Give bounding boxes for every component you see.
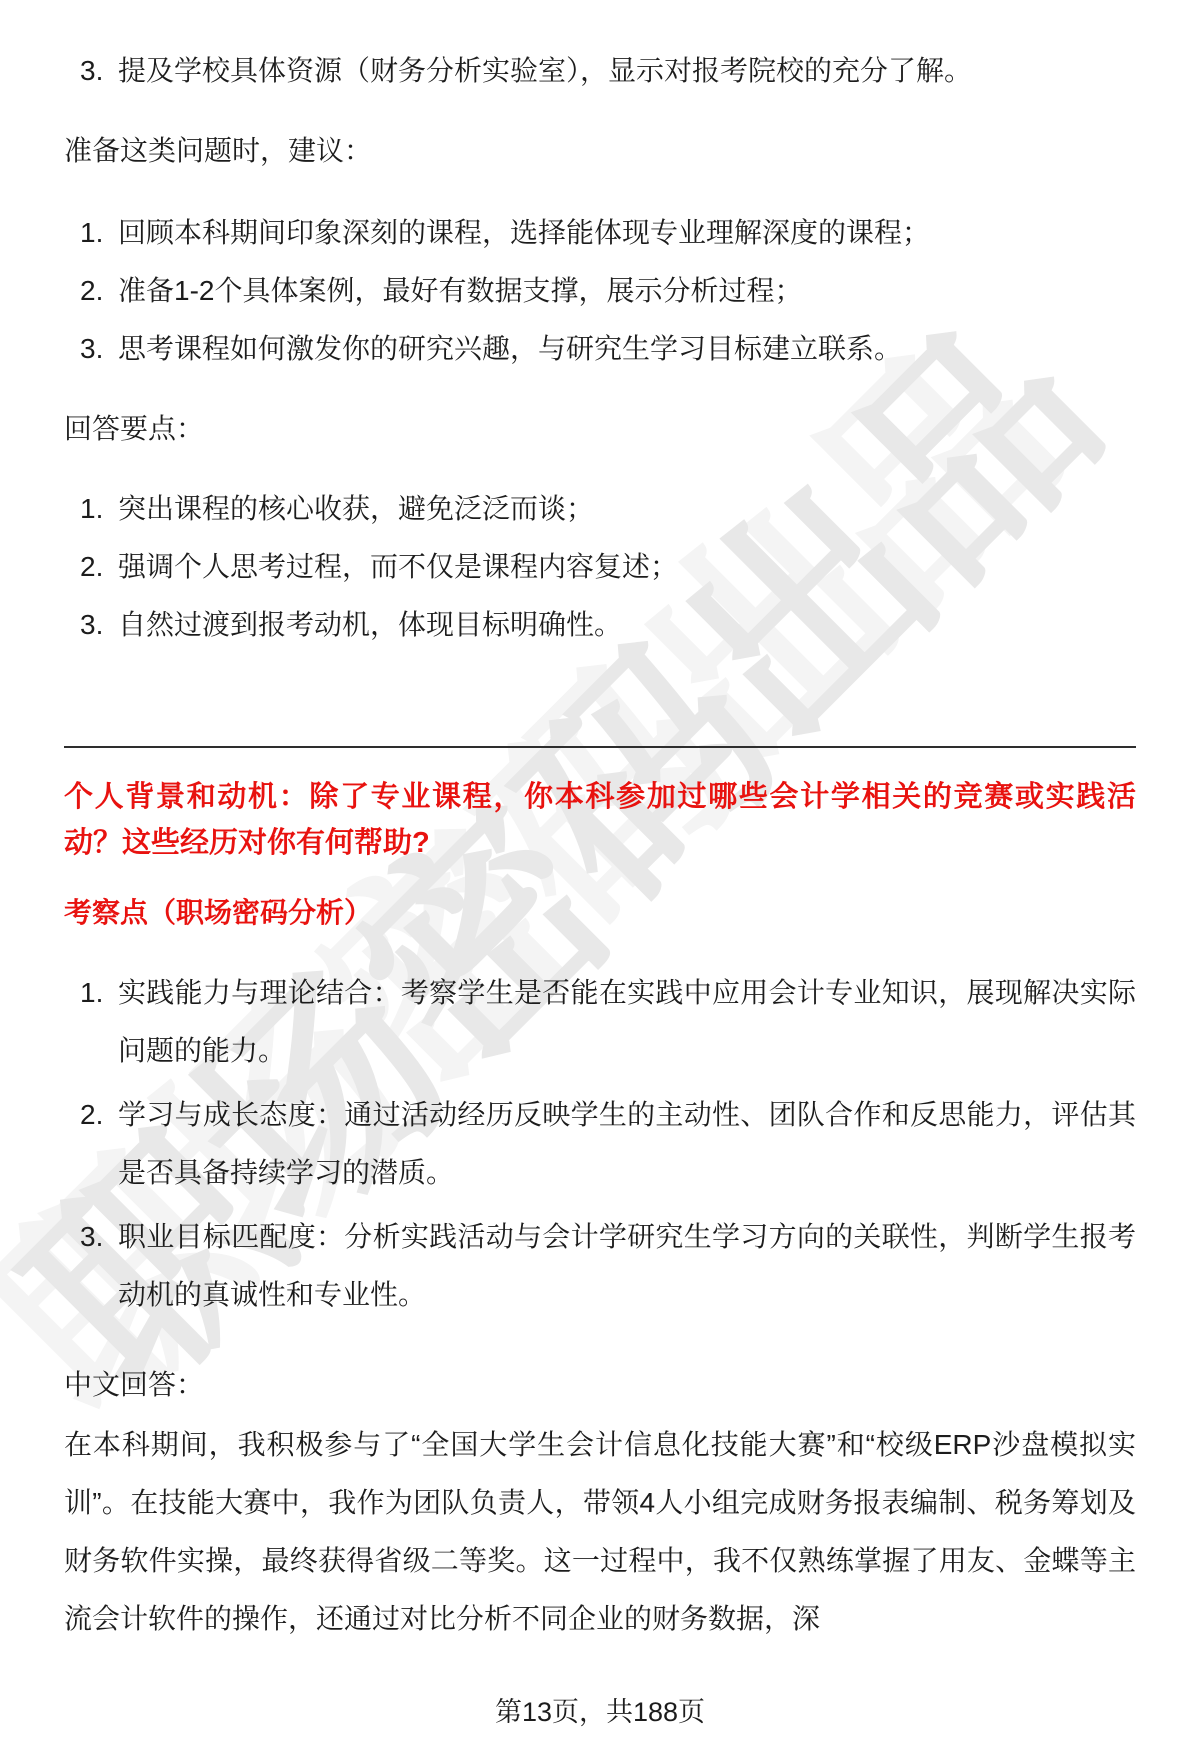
list-item: 2. 强调个人思考过程，而不仅是课程内容复述； <box>64 538 1136 596</box>
list-item: 3. 思考课程如何激发你的研究兴趣，与研究生学习目标建立联系。 <box>64 320 1136 378</box>
list-item-text: 职业目标匹配度：分析实践活动与会计学研究生学习方向的关联性，判断学生报考动机的真… <box>118 1208 1136 1324</box>
list-item-number: 3. <box>80 320 118 378</box>
prep-list: 1. 回顾本科期间印象深刻的课程，选择能体现专业理解深度的课程； 2. 准备1-… <box>64 204 1136 378</box>
answer-points-heading: 回答要点： <box>64 400 1136 458</box>
analysis-heading: 考察点（职场密码分析） <box>64 890 1136 936</box>
list-item: 1. 回顾本科期间印象深刻的课程，选择能体现专业理解深度的课程； <box>64 204 1136 262</box>
list-item-number: 1. <box>80 480 118 538</box>
list-item-text: 实践能力与理论结合：考察学生是否能在实践中应用会计专业知识，展现解决实际问题的能… <box>118 964 1136 1080</box>
document-page: 职场密码出品 职场密码出品 3. 提及学校具体资源（财务分析实验室），显示对报考… <box>0 0 1200 1755</box>
list-item: 2. 学习与成长态度：通过活动经历反映学生的主动性、团队合作和反思能力，评估其是… <box>64 1086 1136 1202</box>
list-item-number: 1. <box>80 964 118 1080</box>
list-item-number: 3. <box>80 1208 118 1324</box>
list-item-text: 提及学校具体资源（财务分析实验室），显示对报考院校的充分了解。 <box>118 42 1136 100</box>
prep-heading: 准备这类问题时，建议： <box>64 122 1136 180</box>
page-content: 3. 提及学校具体资源（财务分析实验室），显示对报考院校的充分了解。 准备这类问… <box>0 0 1200 1648</box>
section-divider <box>64 746 1136 748</box>
list-item-number: 1. <box>80 204 118 262</box>
list-item-number: 2. <box>80 538 118 596</box>
chinese-answer-heading: 中文回答： <box>64 1356 1136 1414</box>
list-item-number: 2. <box>80 262 118 320</box>
list-item-text: 准备1-2个具体案例，最好有数据支撑，展示分析过程； <box>118 262 1136 320</box>
list-item: 1. 突出课程的核心收获，避免泛泛而谈； <box>64 480 1136 538</box>
list-item-number: 3. <box>80 596 118 654</box>
list-item-text: 强调个人思考过程，而不仅是课程内容复述； <box>118 538 1136 596</box>
page-footer: 第13页，共188页 <box>0 1690 1200 1729</box>
list-item-text: 回顾本科期间印象深刻的课程，选择能体现专业理解深度的课程； <box>118 204 1136 262</box>
question-heading: 个人背景和动机：除了专业课程，你本科参加过哪些会计学相关的竞赛或实践活动？这些经… <box>64 774 1136 866</box>
list-item: 3. 自然过渡到报考动机，体现目标明确性。 <box>64 596 1136 654</box>
list-item-number: 2. <box>80 1086 118 1202</box>
list-item-text: 自然过渡到报考动机，体现目标明确性。 <box>118 596 1136 654</box>
list-item: 3. 职业目标匹配度：分析实践活动与会计学研究生学习方向的关联性，判断学生报考动… <box>64 1208 1136 1324</box>
list-item-number: 3. <box>80 42 118 100</box>
answer-points-list: 1. 突出课程的核心收获，避免泛泛而谈； 2. 强调个人思考过程，而不仅是课程内… <box>64 480 1136 654</box>
list-item-text: 突出课程的核心收获，避免泛泛而谈； <box>118 480 1136 538</box>
analysis-list: 1. 实践能力与理论结合：考察学生是否能在实践中应用会计专业知识，展现解决实际问… <box>64 964 1136 1324</box>
chinese-answer-paragraph: 在本科期间，我积极参与了“全国大学生会计信息化技能大赛”和“校级ERP沙盘模拟实… <box>64 1416 1136 1648</box>
list-item: 2. 准备1-2个具体案例，最好有数据支撑，展示分析过程； <box>64 262 1136 320</box>
list-item: 3. 提及学校具体资源（财务分析实验室），显示对报考院校的充分了解。 <box>64 42 1136 100</box>
list-item: 1. 实践能力与理论结合：考察学生是否能在实践中应用会计专业知识，展现解决实际问… <box>64 964 1136 1080</box>
list-item-text: 学习与成长态度：通过活动经历反映学生的主动性、团队合作和反思能力，评估其是否具备… <box>118 1086 1136 1202</box>
list-item-text: 思考课程如何激发你的研究兴趣，与研究生学习目标建立联系。 <box>118 320 1136 378</box>
